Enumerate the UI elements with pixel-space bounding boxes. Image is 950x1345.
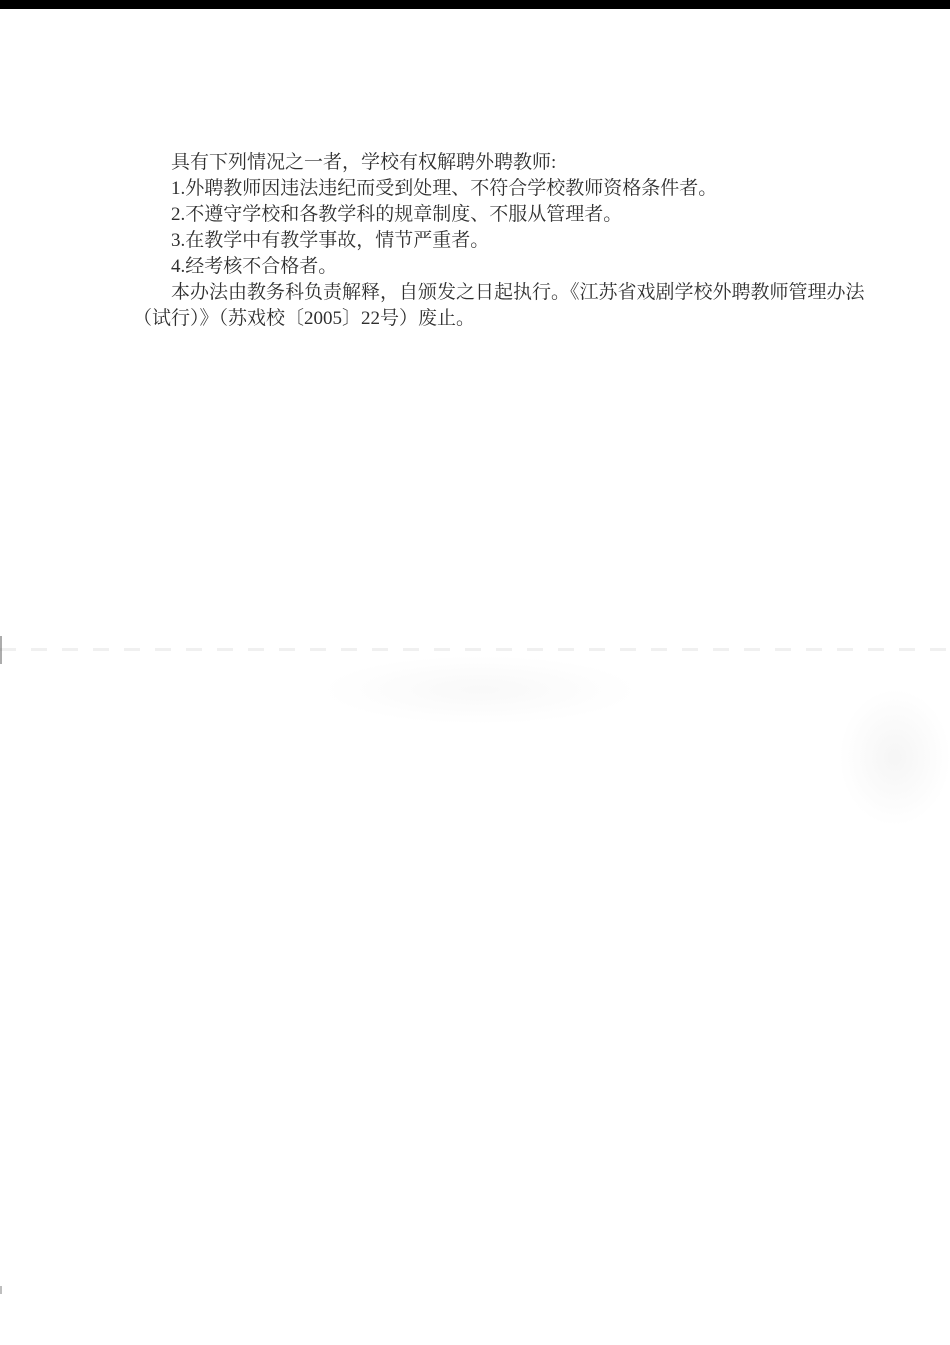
list-item-2: 2.不遵守学校和各教学科的规章制度、不服从管理者。 bbox=[133, 202, 883, 228]
paragraph-closing: 本办法由教务科负责解释，自颁发之日起执行。《江苏省戏剧学校外聘教师管理办法（试行… bbox=[133, 280, 883, 332]
scan-artifact-speck-left-bottom bbox=[0, 1286, 2, 1294]
list-item-1: 1.外聘教师因违法违纪而受到处理、不符合学校教师资格条件者。 bbox=[133, 176, 883, 202]
scan-artifact-dashed-line bbox=[0, 648, 950, 651]
scanned-document-page: 具有下列情况之一者，学校有权解聘外聘教师: 1.外聘教师因违法违纪而受到处理、不… bbox=[0, 0, 950, 1345]
scan-artifact-smudge-right bbox=[840, 690, 950, 825]
paragraph-intro: 具有下列情况之一者，学校有权解聘外聘教师: bbox=[133, 150, 883, 176]
list-item-4: 4.经考核不合格者。 bbox=[133, 254, 883, 280]
scan-artifact-smudge-middle bbox=[320, 655, 640, 725]
scan-artifact-speck-left bbox=[0, 636, 2, 664]
document-body: 具有下列情况之一者，学校有权解聘外聘教师: 1.外聘教师因违法违纪而受到处理、不… bbox=[133, 150, 883, 332]
list-item-3: 3.在教学中有教学事故，情节严重者。 bbox=[133, 228, 883, 254]
scan-edge-bar bbox=[0, 0, 950, 9]
